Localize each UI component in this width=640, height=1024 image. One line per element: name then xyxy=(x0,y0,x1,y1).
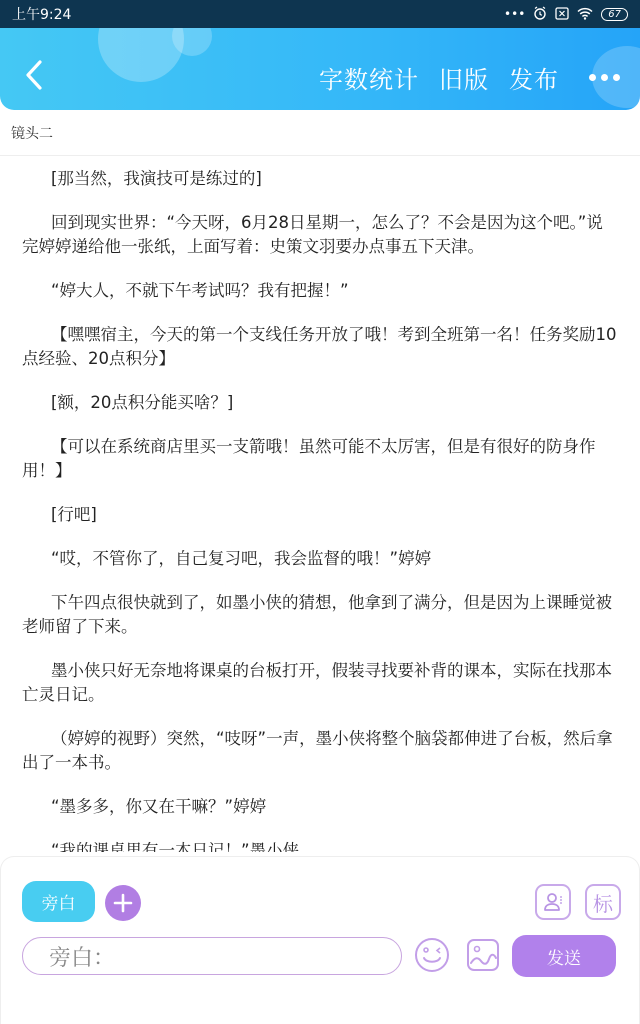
paragraph: 【嘿嘿宿主，今天的第一个支线任务开放了哦！考到全班第一名！任务奖励10点经验、2… xyxy=(22,323,618,371)
paragraph: 下午四点很快就到了，如墨小侠的猜想，他拿到了满分，但是因为上课睡觉被老师留了下来… xyxy=(22,591,618,639)
role-card-button[interactable] xyxy=(535,884,571,920)
paragraph: 回到现实世界：“今天呀，6月28日星期一，怎么了？不会是因为这个吧。”说完婷婷递… xyxy=(22,211,618,259)
alarm-icon xyxy=(533,6,547,22)
dialogue-input[interactable]: 旁白： xyxy=(22,937,402,975)
publish-button[interactable]: 发布 xyxy=(509,60,559,95)
image-button[interactable] xyxy=(465,937,501,973)
role-chip-narration[interactable]: 旁白 xyxy=(22,881,95,922)
status-time: 上午9:24 xyxy=(12,4,71,24)
word-count-button[interactable]: 字数统计 xyxy=(319,60,419,95)
tag-button[interactable]: 标 xyxy=(585,884,621,920)
plus-icon xyxy=(113,893,133,913)
header-actions: 字数统计 旧版 发布 xyxy=(319,60,620,95)
paragraph: “我的课桌里有一本日记！”墨小侠 xyxy=(22,839,618,852)
more-horizontal-icon xyxy=(589,74,596,81)
paragraph: （婷婷的视野）突然，“吱呀”一声，墨小侠将整个脑袋都伸进了台板，然后拿出了一本书… xyxy=(22,727,618,775)
composer-panel: 旁白 标 旁白： 发送 xyxy=(0,856,640,1024)
back-button[interactable] xyxy=(20,58,48,92)
app-header: 字数统计 旧版 发布 xyxy=(0,26,640,110)
paragraph: [额，20点积分能买啥？] xyxy=(22,391,618,415)
scene-title-bar[interactable]: 镜头二 xyxy=(0,110,640,156)
paragraph: 【可以在系统商店里买一支箭哦！虽然可能不太厉害，但是有很好的防身作用！】 xyxy=(22,435,618,483)
chevron-left-icon xyxy=(24,59,44,91)
paragraph: “墨多多，你又在干嘛？”婷婷 xyxy=(22,795,618,819)
wink-emoji-icon xyxy=(414,937,450,973)
paragraph: [行吧] xyxy=(22,503,618,527)
add-role-button[interactable] xyxy=(105,885,141,921)
status-icons: ••• 67 xyxy=(504,6,628,22)
emoji-button[interactable] xyxy=(414,937,450,973)
person-card-icon xyxy=(541,890,565,914)
send-button[interactable]: 发送 xyxy=(512,935,616,977)
paragraph: “哎，不管你了，自己复习吧，我会监督的哦！”婷婷 xyxy=(22,547,618,571)
image-icon xyxy=(466,938,500,972)
wifi-icon xyxy=(577,7,593,22)
paragraph: “婷大人，不就下午考试吗？我有把握！” xyxy=(22,279,618,303)
input-placeholder: 旁白： xyxy=(49,941,115,972)
more-dots-icon: ••• xyxy=(504,8,525,20)
status-bar: 上午9:24 ••• 67 xyxy=(0,0,640,28)
battery-indicator: 67 xyxy=(601,8,628,21)
sim-off-icon xyxy=(555,7,569,22)
script-content[interactable]: [那当然，我演技可是练过的] 回到现实世界：“今天呀，6月28日星期一，怎么了？… xyxy=(0,157,640,852)
old-version-button[interactable]: 旧版 xyxy=(439,60,489,95)
paragraph: 墨小侠只好无奈地将课桌的台板打开，假装寻找要补背的课本，实际在找那本亡灵日记。 xyxy=(22,659,618,707)
scene-title: 镜头二 xyxy=(11,123,53,143)
paragraph: [那当然，我演技可是练过的] xyxy=(22,167,618,191)
more-options-button[interactable] xyxy=(589,74,620,81)
